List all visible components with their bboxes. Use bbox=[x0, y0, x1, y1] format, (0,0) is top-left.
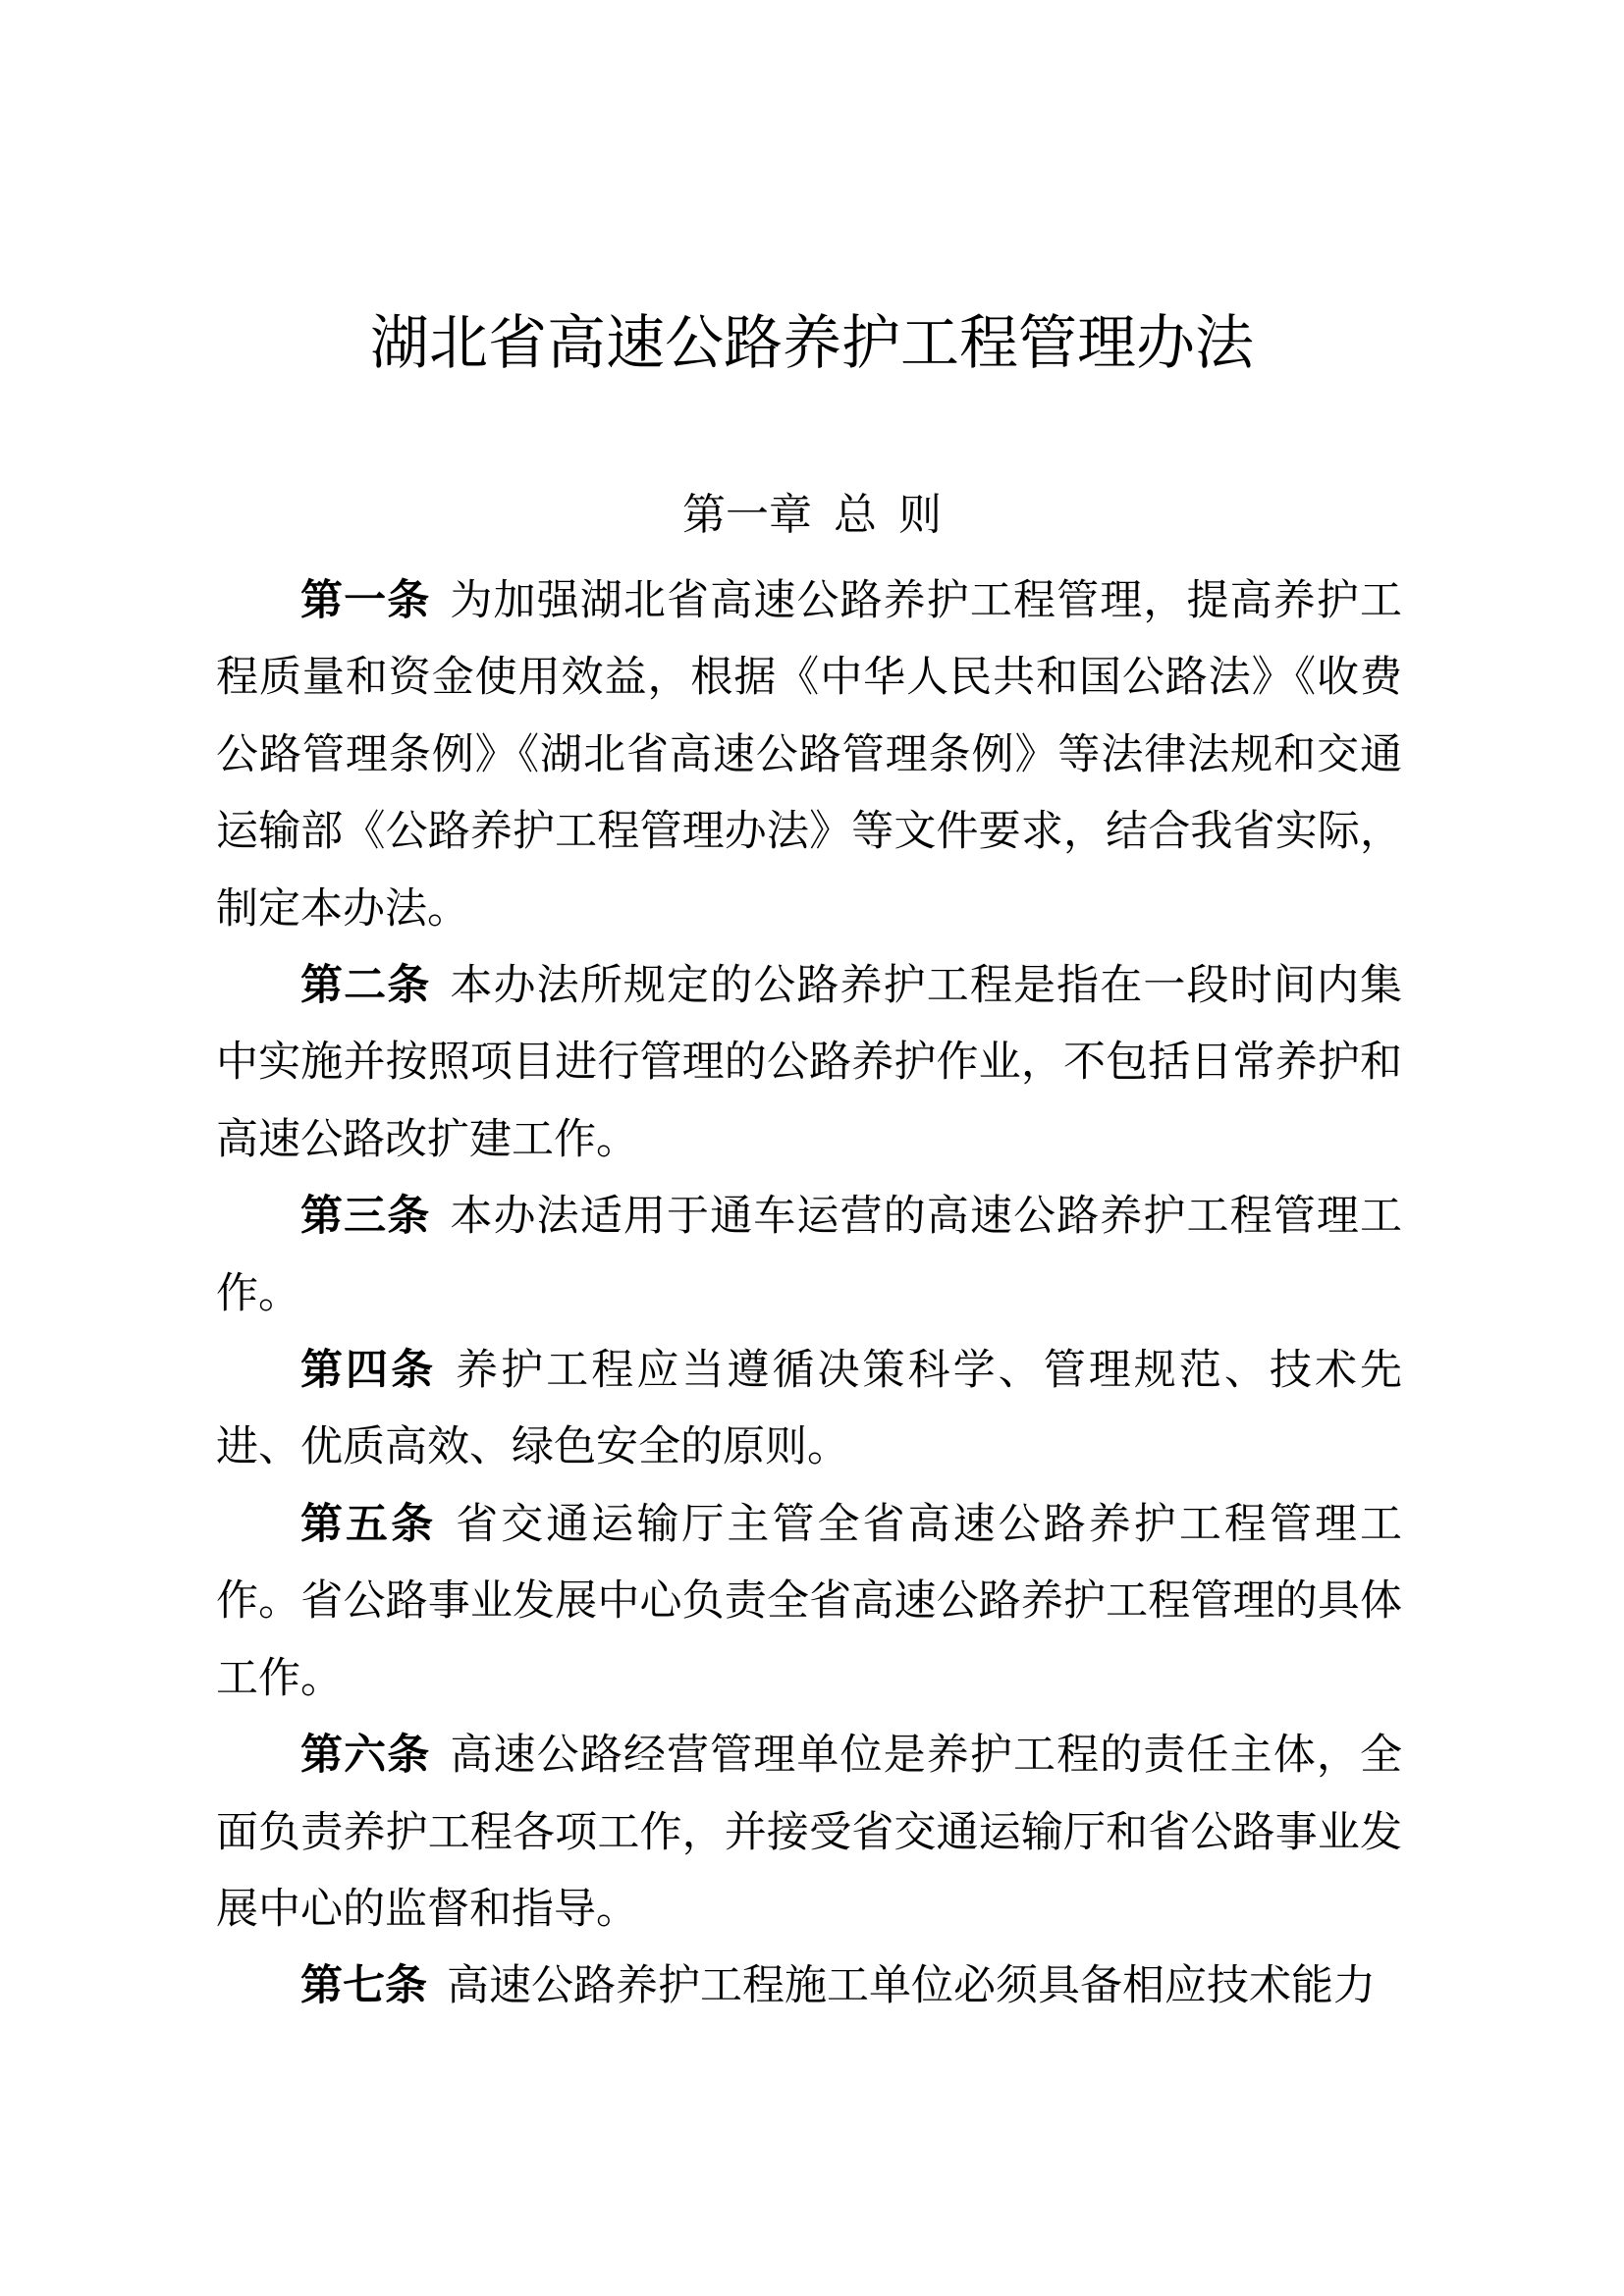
chapter-name-part2: 则 bbox=[898, 486, 942, 545]
article-label: 第五条 bbox=[300, 1500, 436, 1549]
article-label: 第七条 bbox=[300, 1961, 427, 2010]
document-page: 湖北省高速公路养护工程管理办法 第一章总则 第一条为加强湖北省高速公路养护工程管… bbox=[0, 0, 1624, 2296]
article-4: 第四条养护工程应当遵循决策科学、管理规范、技术先进、优质高效、绿色安全的原则。 bbox=[216, 1332, 1402, 1486]
article-label: 第一条 bbox=[300, 576, 430, 625]
article-5: 第五条省交通运输厅主管全省高速公路养护工程管理工作。省公路事业发展中心负责全省高… bbox=[216, 1486, 1402, 1717]
article-6: 第六条高速公路经营管理单位是养护工程的责任主体，全面负责养护工程各项工作，并接受… bbox=[216, 1717, 1402, 1948]
document-title: 湖北省高速公路养护工程管理办法 bbox=[0, 306, 1624, 381]
document-body: 第一条为加强湖北省高速公路养护工程管理，提高养护工程质量和资金使用效益，根据《中… bbox=[216, 562, 1402, 2025]
article-label: 第三条 bbox=[300, 1192, 430, 1241]
article-label: 第六条 bbox=[300, 1731, 430, 1780]
chapter-heading: 第一章总则 bbox=[0, 486, 1624, 545]
article-2: 第二条本办法所规定的公路养护工程是指在一段时间内集中实施并按照项目进行管理的公路… bbox=[216, 947, 1402, 1178]
article-text: 高速公路养护工程施工单位必须具备相应技术能力 bbox=[447, 1961, 1376, 2010]
article-1: 第一条为加强湖北省高速公路养护工程管理，提高养护工程质量和资金使用效益，根据《中… bbox=[216, 562, 1402, 947]
article-7: 第七条高速公路养护工程施工单位必须具备相应技术能力 bbox=[216, 1948, 1402, 2024]
article-label: 第四条 bbox=[300, 1346, 436, 1395]
chapter-number: 第一章 bbox=[682, 486, 812, 545]
article-3: 第三条本办法适用于通车运营的高速公路养护工程管理工作。 bbox=[216, 1178, 1402, 1332]
chapter-name-part1: 总 bbox=[834, 486, 877, 545]
article-text: 为加强湖北省高速公路养护工程管理，提高养护工程质量和资金使用效益，根据《中华人民… bbox=[216, 576, 1402, 934]
article-label: 第二条 bbox=[300, 961, 430, 1010]
